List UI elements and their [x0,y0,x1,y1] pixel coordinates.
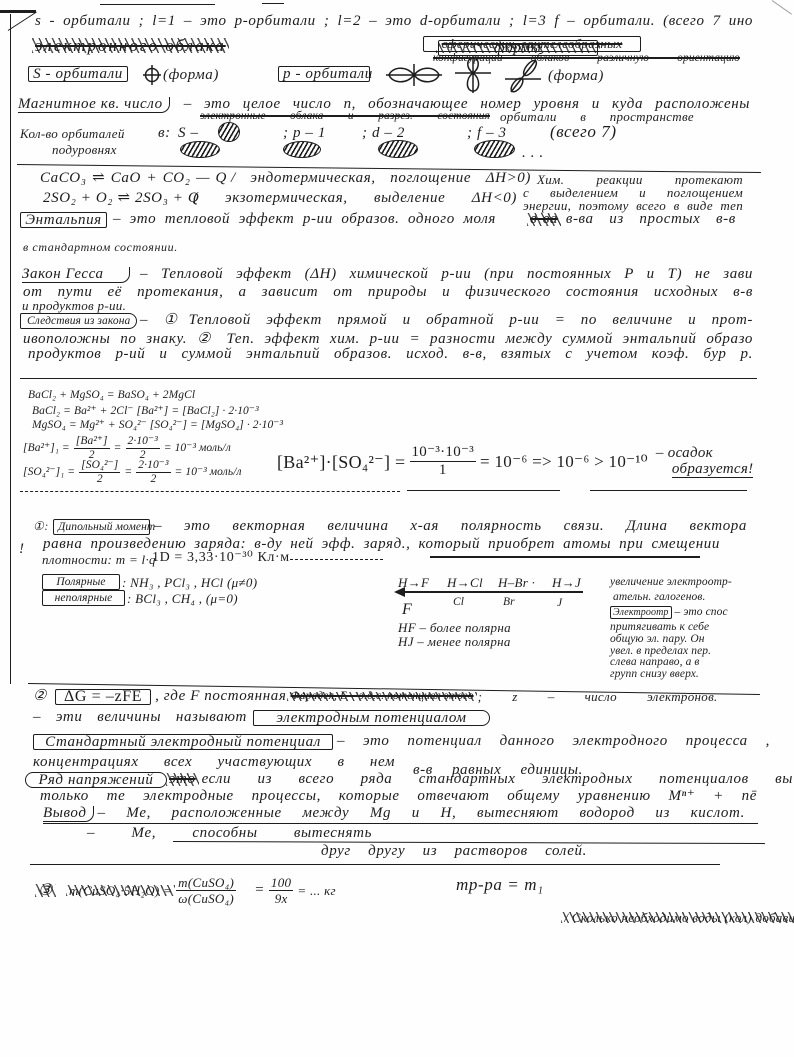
fraction: m(CuSO₄) ω(CuSO₄) [176,875,236,906]
fraction: 100 9x [269,875,293,906]
orbital-count-label: Кол-во орбиталей [20,126,125,141]
struck-text: электронного облака [35,36,226,55]
dissociation-line: MgSO₄ = Mg²⁺ + SO₄²⁻ [SO₄²⁻] = [MgSO₄] ·… [32,419,283,432]
fraction: [Ba²⁺] 2 [74,435,110,462]
scribble-hatch [474,140,515,158]
standard-potential-row: Стандартный электродный потенциал – это … [33,733,770,750]
bond-label: H→Cl [447,575,483,590]
ion-product-result: = 10⁻⁶ => 10⁻⁶ > 10⁻¹⁰ [480,452,648,472]
hj-note: HJ – менее полярна [398,634,511,649]
corner-mark [0,10,36,13]
denominator: 9x [275,891,288,906]
conclusion-text-line2b: друг другу из растворов солей. [321,843,587,860]
equation-note: ( экзотермическая, выделение ΔH<0) [193,190,517,207]
hess-law-text: – Тепловой эффект (ΔH) химической р-ии (… [140,266,753,283]
hf-note: HF – более полярна [398,620,511,635]
orbital-count-label-2: подуровнях [52,142,117,157]
nonpolar-molecules: неполярные : BCl₃ , CH₄ , (μ=0) [42,590,238,606]
ion-product-lhs: [Ba²⁺]·[SO₄²⁻] = [277,452,406,472]
standard-potential-text-line2: концентрациях всех участвующих в нем [33,754,395,771]
denominator: 2 [97,473,103,486]
struck-text: электронные облака и разрез. состояния [200,110,490,123]
standard-potential-text: – это потенциал данного электродного про… [337,733,770,750]
precipitation-conclusion: – осадок образуется! [656,445,753,478]
equals: = [124,466,132,479]
ba-concentration: [Ba²⁺]₁ = [Ba²⁺] 2 = 2·10⁻³ 2 = 10⁻³ мол… [23,435,231,462]
voltage-series-term: Ряд напряжений [25,772,167,788]
p-orbital-caption: (форма) [548,68,604,85]
dipole-text-line2: равна произведению заряда: в-ду ней эфф.… [43,536,720,553]
dipole-term: Дипольный момент [53,519,150,535]
numerator: 100 [269,875,293,891]
scribble-hatch [180,141,220,158]
bond-label: H–Br · [498,575,535,590]
endothermic-reaction: CaCO₃ ⇌ CaO + CO₂ — Q / эндотермическая,… [40,170,531,187]
hess-law-text-line2: от пути её протекания, а зависит от прир… [23,284,753,301]
numerator: [Ba²⁺] [74,435,110,449]
magnetic-number-term: Магнитное кв. число [18,97,170,113]
result: = 10⁻³ моль/л [164,442,231,455]
problem-result: = ... кг [297,883,336,898]
orbital-count-label-in: в: [158,125,171,142]
voltage-series-text-line2: только те электродные процессы, которые … [40,788,757,805]
polar-molecules: Полярные : NH₃ , PCl₃ , HCl (μ≠0) [42,574,257,590]
orbital-count-p: ; p – 1 [283,125,326,142]
underline [407,490,560,491]
halogen-label: F [402,601,412,618]
scribble-hatch [378,140,418,158]
electrode-text: – эти величины называют [33,709,247,726]
denominator: 1 [439,462,447,479]
numerator: 2·10⁻³ [126,435,160,449]
underline [290,559,383,560]
dipole-formula: плотности: m = l·q [42,552,156,567]
halogen-label: Cl [453,596,464,609]
halogen-label: J [557,597,562,610]
conclusion-text-line2: – Me, способны вытеснять [87,825,372,842]
section-divider [20,378,757,379]
hess-law-term: Закон Гесса [22,267,130,283]
corner-fold-line-right [772,0,792,15]
electrode-potential-row: – эти величины называют электродным поте… [33,709,490,726]
electrode-potential-term: электродным потенциалом [253,710,490,726]
polar-term: Полярные [42,574,120,590]
polar-list: : NH₃ , PCl₃ , HCl (μ≠0) [122,575,257,590]
orbital-count-total: (всего 7) [550,123,617,140]
nonpolar-list: : BCl₃ , CH₄ , (μ=0) [127,591,238,606]
left-arrow-icon [397,591,583,593]
arrowhead [394,587,405,597]
conclusion-line: образуется! [672,461,753,478]
item-marker: ② [33,688,47,705]
solution-mass-equation: mр-ра = m₁ [456,876,544,893]
gibbs-where: , где F постоянная [155,688,286,705]
corollaries-term: Следствия из закона [20,313,137,329]
halogen-label: Br [503,596,515,609]
conclusion-text: – Me, расположенные между Mg и H, вытесн… [98,805,745,822]
item-marker: ③ [38,882,53,899]
result: = 10⁻³ моль/л [175,466,242,479]
denominator: ω(CuSO₄) [178,891,234,906]
corollaries-text-line3: продуктов р-ий и суммой энтальпий образо… [28,346,753,363]
equation: 2SO₂ + O₂ ⇌ 2SO₃ + Q [43,190,187,207]
nonpolar-term: неполярные [42,590,125,606]
gibbs-equation-row: ② ΔG = –zFE , где F постоянная Фарадея, … [33,688,718,705]
py-orbital-shape-icon [455,55,491,93]
electronegativity-note: групп снизу вверх. [610,668,699,681]
lhs: [Ba²⁺]₁ = [23,442,70,455]
underline [43,823,758,824]
fraction: 2·10⁻³ 2 [126,435,160,462]
pz-orbital-shape-icon [505,57,541,93]
p-orbital-label: p - орбитали [278,66,370,82]
electronegativity-term: Электроотр [610,606,672,619]
denominator: 2 [150,473,156,486]
electronegativity-note: ательн. галогенов. [613,591,705,604]
fraction: 2·10⁻³ 2 [136,459,170,486]
scribble-hatch [283,141,321,158]
struck-text: это [169,771,196,788]
dissociation-line: BaCl₂ = Ba²⁺ + 2Cl⁻ [Ba²⁺] = [BaCl₂] · 2… [32,405,259,418]
struck-text: Фарадея, E – э.д.с. потенциал этого [290,690,473,703]
left-margin-line [10,14,11,684]
reaction-equation: BaCl₂ + MgSO₄ = BaSO₄ + 2MgCl [28,389,195,402]
s-orbital-shape-icon [142,64,162,86]
px-orbital-shape-icon [386,62,442,88]
dipole-text: – это векторная величина х-ая полярность… [154,518,747,535]
numerator: 10⁻³·10⁻³ [410,444,477,462]
enthalpy-term: Энтальпия [20,212,107,228]
conclusion-term: Вывод [43,806,94,822]
exothermic-reaction: 2SO₂ + O₂ ⇌ 2SO₃ + Q ( экзотермическая, … [43,190,517,207]
corollaries-text: – ①Тепловой эффект прямой и обратной р-и… [140,312,753,329]
so4-concentration: [SO₄²⁻]₁ = [SO₄²⁻] 2 = 2·10⁻³ 2 = 10⁻³ м… [23,459,242,486]
item-marker: ①: [33,518,49,535]
underline [20,491,400,492]
conclusion-row: Вывод – Me, расположенные между Mg и H, … [43,805,745,822]
hess-corollaries: Следствия из закона – ①Тепловой эффект п… [20,312,753,329]
scribble-circle [218,122,240,142]
problem-note: / Сколько необходимо воды (кол) добавить… [564,910,794,925]
voltage-series-row: Ряд напряжений это если из всего ряда ст… [25,771,793,788]
page-top-edge-mark [100,4,215,5]
enthalpy-text: – это тепловой эффект р-ии образов. одно… [113,211,496,228]
gibbs-formula: ΔG = –zFE [55,689,151,705]
equals: = [254,882,265,899]
electronegativity-note: увеличение электроотр- [610,576,732,589]
underline [430,556,700,558]
equation-note: / эндотермическая, поглощение ΔH>0) [231,170,531,187]
fraction: 10⁻³·10⁻³ 1 [410,444,477,479]
dipole-definition: ①: Дипольный момент – это векторная вели… [33,518,747,535]
enthalpy-text-line2: в стандартном состоянии. [23,239,178,256]
margin-mark: ! [19,541,25,558]
enthalpy-definition: Энтальпия – это тепловой эффект р-ии обр… [20,211,736,228]
ion-product: [Ba²⁺]·[SO₄²⁻] = 10⁻³·10⁻³ 1 = 10⁻⁶ => 1… [277,444,753,479]
ellipsis: . . . [522,145,544,162]
enthalpy-text-cont: в-ва из простых в-в [566,211,736,228]
bond-label: H→J [552,575,581,590]
problem-lhs: m(CuSO₄·5H₂O) = [69,883,172,898]
numerator: [SO₄²⁻] [79,459,120,473]
underline [590,490,747,491]
struck-text: в-ва [530,211,558,228]
debye-unit: 1D = 3,33·10⁻³⁰ Кл·м [152,549,290,566]
gibbs-end: ; z – число электронов. [478,689,718,704]
hess-law: Закон Гесса – Тепловой эффект (ΔH) химич… [22,266,753,283]
equals: = [114,442,122,455]
struck-boxed-text: сферических, гантелеобразных [423,36,641,52]
electronegativity-note: – это спос [675,606,728,619]
standard-potential-term: Стандартный электродный потенциал [33,734,333,750]
electronegativity-definition: Электроотр – это спос [610,606,728,619]
problem-equation: ③ m(CuSO₄·5H₂O) = m(CuSO₄) ω(CuSO₄) = 10… [38,875,336,906]
orbital-count-s: S – [178,125,199,142]
s-orbital-caption: (форма) [163,67,219,84]
corner-fold-line [8,12,37,31]
voltage-series-text: если из всего ряда стандартных электродн… [202,771,793,788]
numerator: 2·10⁻³ [136,459,170,473]
section-divider [30,864,720,865]
hess-law-text-line3: и продуктов р-ии. [22,298,126,313]
fraction: [SO₄²⁻] 2 [79,459,120,486]
s-orbital-label: S - орбитали [28,66,128,82]
orbital-types-line: s - орбитали ; l=1 – это p-орбитали ; l=… [35,13,753,30]
equation: CaCO₃ ⇌ CaO + CO₂ — Q [40,170,227,187]
lhs: [SO₄²⁻]₁ = [23,466,75,479]
page-top-edge-mark [262,3,284,4]
numerator: m(CuSO₄) [176,875,236,891]
conclusion-line: – осадок [656,445,713,461]
